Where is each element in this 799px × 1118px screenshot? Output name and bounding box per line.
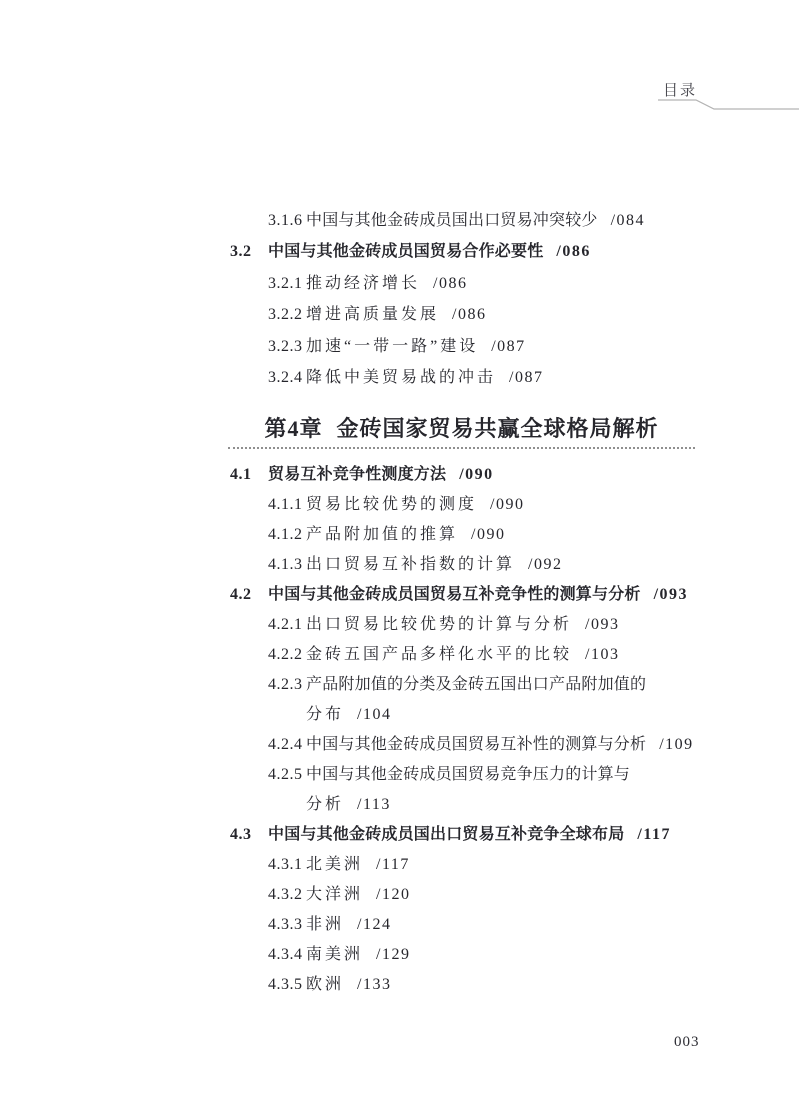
toc-entry-3.2.2: 3.2.2增进高质量发展/086 [0, 299, 799, 330]
toc-entry-4.2.4: 4.2.4中国与其他金砖成员国贸易互补性的测算与分析/109 [0, 730, 799, 760]
toc-entry-continuation: 分析/113 [0, 790, 799, 820]
entry-number: 4.3.3 [268, 910, 306, 940]
header-rule [0, 0, 799, 130]
page-number-footer: 003 [674, 1034, 700, 1051]
entry-number: 4.1.3 [268, 550, 306, 580]
toc-entry-4.3.3: 4.3.3非洲/124 [0, 910, 799, 940]
entry-page-number: /084 [611, 212, 645, 229]
toc-entry-4.3.4: 4.3.4南美洲/129 [0, 940, 799, 970]
entry-number: 4.2.2 [268, 640, 306, 670]
toc-entry-4.2.5: 4.2.5中国与其他金砖成员国贸易竞争压力的计算与 [0, 760, 799, 790]
entry-title: 中国与其他金砖成员国贸易互补竞争性的测算与分析 [268, 586, 641, 603]
entry-number: 4.2.1 [268, 610, 306, 640]
entry-page-number: /086 [452, 306, 486, 323]
entry-title: 推动经济增长 [306, 275, 420, 292]
toc-entry-3.2.3: 3.2.3加速“一带一路”建设/087 [0, 331, 799, 362]
toc-entry-3.2: 3.2中国与其他金砖成员国贸易合作必要性/086 [0, 236, 799, 267]
toc-entry-4.2: 4.2中国与其他金砖成员国贸易互补竞争性的测算与分析/093 [0, 580, 799, 610]
entry-number: 4.3 [230, 820, 268, 850]
chapter-heading: 第4章金砖国家贸易共赢全球格局解析 [0, 416, 695, 442]
entry-page-number: /090 [490, 496, 524, 513]
entry-number: 4.2 [230, 580, 268, 610]
entry-page-number: /120 [376, 886, 410, 903]
toc-section-4: 4.1贸易互补竞争性测度方法/0904.1.1贸易比较优势的测度/0904.1.… [0, 460, 799, 1000]
entry-title: 中国与其他金砖成员国贸易互补性的测算与分析 [306, 736, 646, 753]
entry-number: 4.1 [230, 460, 268, 490]
entry-title: 降低中美贸易战的冲击 [306, 369, 496, 386]
entry-number: 3.1.6 [268, 205, 306, 236]
entry-number: 4.1.2 [268, 520, 306, 550]
entry-page-number: /086 [433, 275, 467, 292]
entry-page-number: /087 [491, 338, 525, 355]
entry-title: 欧洲 [306, 976, 344, 993]
toc-section-3: 3.1.6中国与其他金砖成员国出口贸易冲突较少/0843.2中国与其他金砖成员国… [0, 205, 799, 393]
entry-title: 出口贸易互补指数的计算 [306, 556, 515, 573]
entry-number: 4.2.5 [268, 760, 306, 790]
entry-page-number: /104 [357, 706, 391, 723]
entry-number: 3.2.2 [268, 299, 306, 330]
toc-entry-4.3.5: 4.3.5欧洲/133 [0, 970, 799, 1000]
toc-entry-4.2.3: 4.2.3产品附加值的分类及金砖五国出口产品附加值的 [0, 670, 799, 700]
entry-title: 加速“一带一路”建设 [306, 338, 478, 355]
toc-entry-3.2.1: 3.2.1推动经济增长/086 [0, 268, 799, 299]
entry-page-number: /117 [637, 826, 671, 843]
toc-entry-4.3.2: 4.3.2大洋洲/120 [0, 880, 799, 910]
entry-title: 产品附加值的推算 [306, 526, 458, 543]
chapter-number: 第4章 [264, 416, 322, 441]
entry-title: 出口贸易比较优势的计算与分析 [306, 616, 572, 633]
entry-title: 大洋洲 [306, 886, 363, 903]
entry-title: 中国与其他金砖成员国出口贸易互补竞争全球布局 [268, 826, 624, 843]
entry-number: 4.1.1 [268, 490, 306, 520]
entry-title: 非洲 [306, 916, 344, 933]
entry-number: 3.2 [230, 236, 268, 267]
entry-title: 分布 [306, 706, 344, 723]
entry-number: 4.3.4 [268, 940, 306, 970]
entry-number: 3.2.4 [268, 362, 306, 393]
entry-page-number: /093 [654, 586, 688, 603]
page-header-label: 目录 [663, 79, 697, 100]
entry-number: 3.2.3 [268, 331, 306, 362]
entry-page-number: /087 [509, 369, 543, 386]
entry-page-number: /092 [528, 556, 562, 573]
entry-page-number: /103 [585, 646, 619, 663]
entry-title: 中国与其他金砖成员国贸易竞争压力的计算与 [306, 766, 630, 783]
entry-page-number: /117 [376, 856, 410, 873]
entry-page-number: /133 [357, 976, 391, 993]
entry-page-number: /109 [659, 736, 693, 753]
toc-entry-4.3.1: 4.3.1北美洲/117 [0, 850, 799, 880]
entry-title: 增进高质量发展 [306, 306, 439, 323]
table-of-contents: 3.1.6中国与其他金砖成员国出口贸易冲突较少/0843.2中国与其他金砖成员国… [0, 205, 799, 1000]
entry-title: 贸易比较优势的测度 [306, 496, 477, 513]
toc-entry-continuation: 分布/104 [0, 700, 799, 730]
entry-title: 中国与其他金砖成员国出口贸易冲突较少 [306, 212, 598, 229]
entry-title: 贸易互补竞争性测度方法 [268, 466, 446, 483]
entry-title: 中国与其他金砖成员国贸易合作必要性 [268, 243, 543, 260]
toc-entry-4.1.1: 4.1.1贸易比较优势的测度/090 [0, 490, 799, 520]
entry-number: 4.2.3 [268, 670, 306, 700]
entry-title: 金砖五国产品多样化水平的比较 [306, 646, 572, 663]
dotted-divider [228, 447, 695, 449]
entry-page-number: /129 [376, 946, 410, 963]
entry-page-number: /086 [556, 243, 590, 260]
toc-entry-4.2.1: 4.2.1出口贸易比较优势的计算与分析/093 [0, 610, 799, 640]
entry-title: 南美洲 [306, 946, 363, 963]
entry-page-number: /124 [357, 916, 391, 933]
entry-title: 分析 [306, 796, 344, 813]
entry-number: 4.3.2 [268, 880, 306, 910]
entry-page-number: /090 [459, 466, 493, 483]
entry-title: 产品附加值的分类及金砖五国出口产品附加值的 [306, 676, 646, 693]
entry-page-number: /113 [357, 796, 391, 813]
toc-entry-3.2.4: 3.2.4降低中美贸易战的冲击/087 [0, 362, 799, 393]
entry-number: 4.3.5 [268, 970, 306, 1000]
toc-entry-4.1.3: 4.1.3出口贸易互补指数的计算/092 [0, 550, 799, 580]
chapter-title: 金砖国家贸易共赢全球格局解析 [337, 416, 659, 441]
entry-number: 4.2.4 [268, 730, 306, 760]
toc-entry-4.1: 4.1贸易互补竞争性测度方法/090 [0, 460, 799, 490]
entry-page-number: /093 [585, 616, 619, 633]
entry-number: 3.2.1 [268, 268, 306, 299]
entry-page-number: /090 [471, 526, 505, 543]
toc-entry-4.1.2: 4.1.2产品附加值的推算/090 [0, 520, 799, 550]
toc-entry-4.3: 4.3中国与其他金砖成员国出口贸易互补竞争全球布局/117 [0, 820, 799, 850]
toc-entry-3.1.6: 3.1.6中国与其他金砖成员国出口贸易冲突较少/084 [0, 205, 799, 236]
entry-title: 北美洲 [306, 856, 363, 873]
entry-number: 4.3.1 [268, 850, 306, 880]
toc-entry-4.2.2: 4.2.2金砖五国产品多样化水平的比较/103 [0, 640, 799, 670]
